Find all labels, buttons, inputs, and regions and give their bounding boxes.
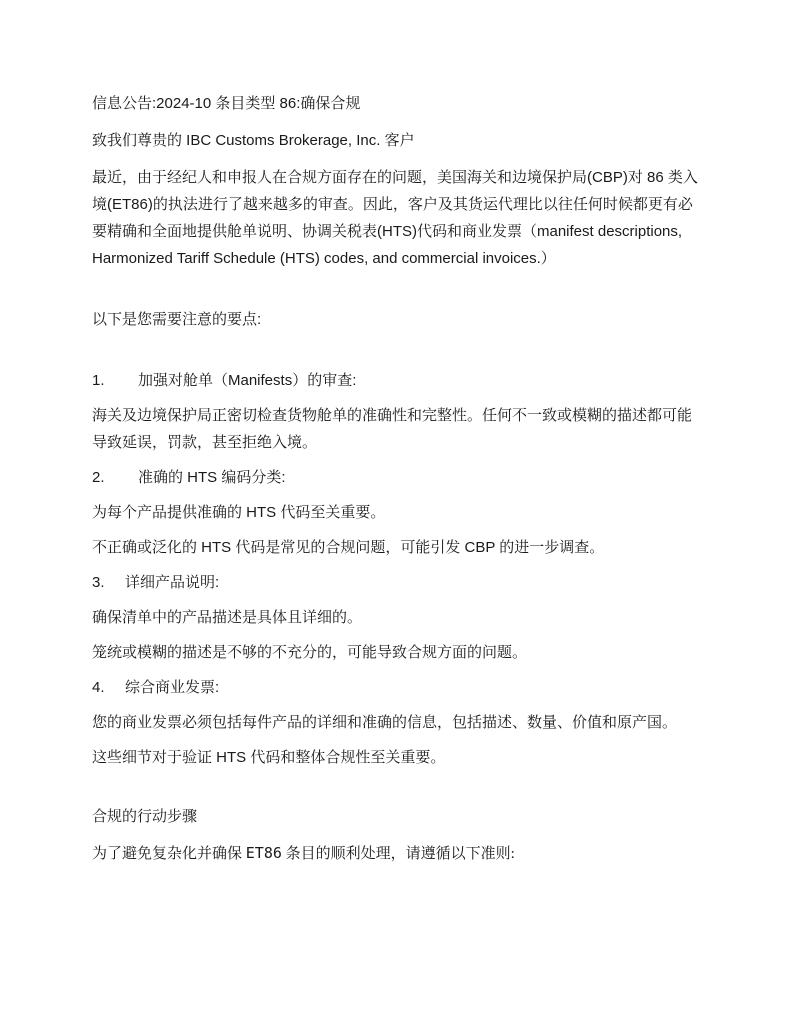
- action-intro: 为了避免复杂化并确保 ET86 条目的顺利处理，请遵循以下准则:: [92, 840, 701, 868]
- intro-paragraph: 最近，由于经纪人和申报人在合规方面存在的问题，美国海关和边境保护局(CBP)对 …: [92, 164, 701, 272]
- item-1-number: 1.: [92, 367, 138, 394]
- item-1-title: 加强对舱单（Manifests）的审查:: [138, 367, 701, 394]
- key-points-heading: 以下是您需要注意的要点:: [92, 306, 701, 333]
- item-3-number: 3.: [92, 569, 125, 596]
- action-intro-suffix: 条目的顺利处理，请遵循以下准则:: [282, 846, 515, 862]
- list-item-2: 2. 准确的 HTS 编码分类:: [92, 464, 701, 491]
- item-4-number: 4.: [92, 674, 125, 701]
- item-4-paragraph: 您的商业发票必须包括每件产品的详细和准确的信息，包括描述、数量、价值和原产国。: [92, 709, 701, 736]
- item-4-title: 综合商业发票:: [125, 674, 701, 701]
- item-3-paragraph: 笼统或模糊的描述是不够的不充分的，可能导致合规方面的问题。: [92, 639, 701, 666]
- action-heading: 合规的行动步骤: [92, 803, 701, 830]
- list-item-4: 4. 综合商业发票:: [92, 674, 701, 701]
- action-intro-prefix: 为了避免复杂化并确保: [92, 846, 246, 862]
- item-4-paragraph: 这些细节对于验证 HTS 代码和整体合规性至关重要。: [92, 744, 701, 771]
- item-2-paragraph: 为每个产品提供准确的 HTS 代码至关重要。: [92, 499, 701, 526]
- document-page: 信息公告:2024-10 条目类型 86:确保合规 致我们尊贵的 IBC Cus…: [0, 0, 791, 1024]
- salutation: 致我们尊贵的 IBC Customs Brokerage, Inc. 客户: [92, 127, 701, 154]
- item-3-title: 详细产品说明:: [125, 569, 701, 596]
- item-2-number: 2.: [92, 464, 138, 491]
- item-2-title: 准确的 HTS 编码分类:: [138, 464, 701, 491]
- item-3-paragraph: 确保清单中的产品描述是具体且详细的。: [92, 604, 701, 631]
- blank-line: [92, 282, 701, 306]
- item-2-paragraph: 不正确或泛化的 HTS 代码是常见的合规问题，可能引发 CBP 的进一步调查。: [92, 534, 701, 561]
- blank-line: [92, 343, 701, 367]
- blank-line: [92, 779, 701, 803]
- list-item-1: 1. 加强对舱单（Manifests）的审查:: [92, 367, 701, 394]
- entry-type-code: ET86: [246, 844, 282, 862]
- list-item-3: 3. 详细产品说明:: [92, 569, 701, 596]
- item-1-paragraph: 海关及边境保护局正密切检查货物舱单的准确性和完整性。任何不一致或模糊的描述都可能…: [92, 402, 701, 456]
- notice-title: 信息公告:2024-10 条目类型 86:确保合规: [92, 90, 701, 117]
